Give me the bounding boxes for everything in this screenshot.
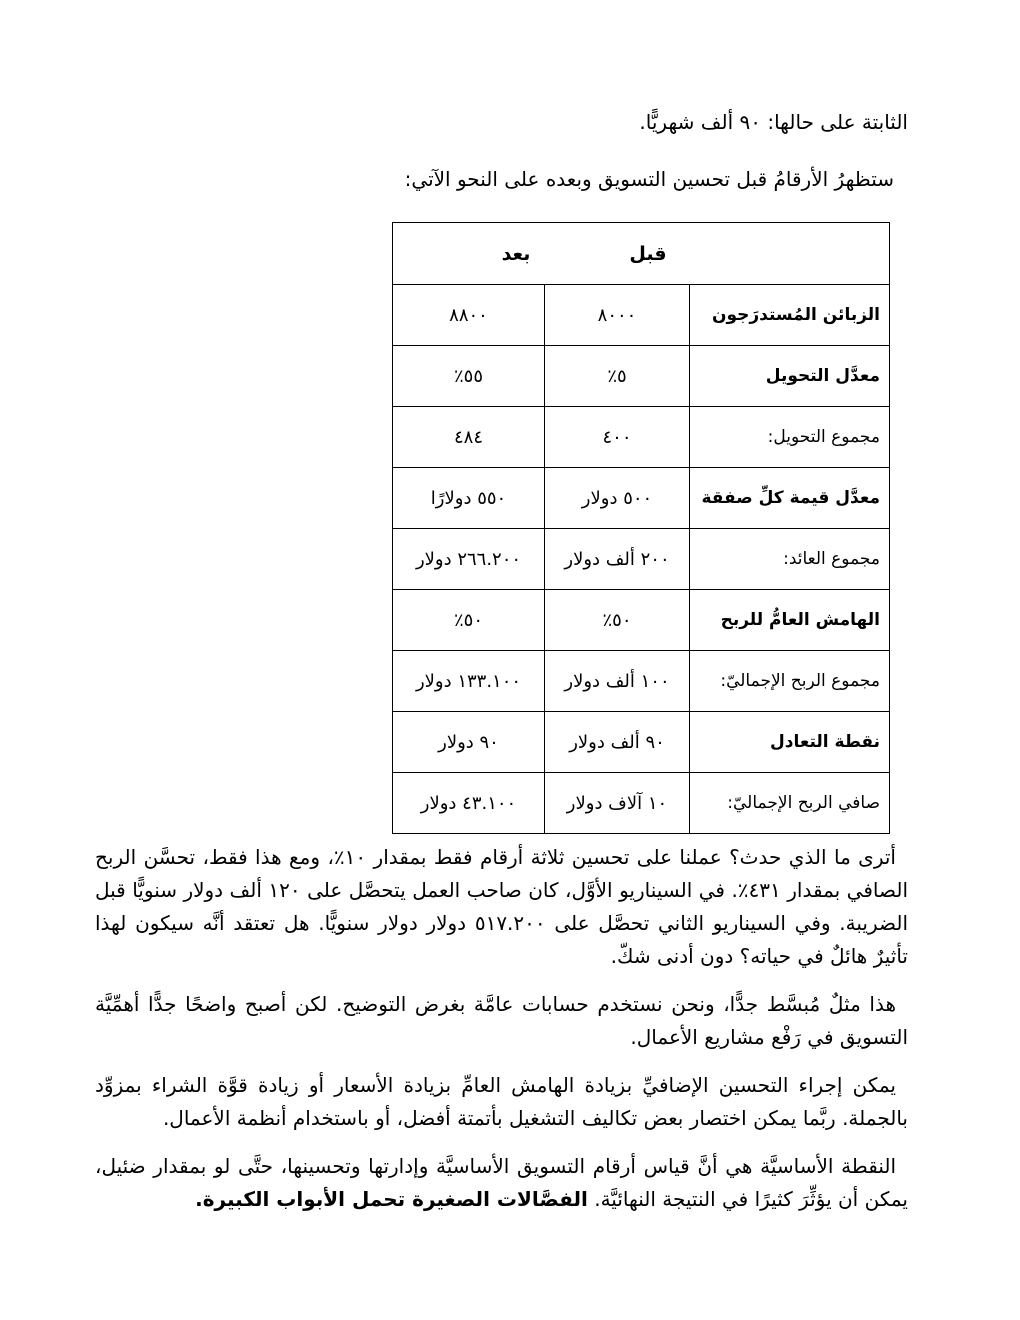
header-after-label: بعد [502, 243, 531, 265]
before-value: ٤٠٠ [545, 407, 690, 468]
before-value: ٥٠٠ دولار [545, 468, 690, 529]
after-value: ٢٦٦.٢٠٠ دولار [393, 529, 545, 590]
paragraph-1: أترى ما الذي حدث؟ عملنا على تحسين ثلاثة … [95, 841, 908, 973]
metric-label: الهامش العامُّ للربح [690, 590, 890, 651]
paragraph-4: النقطة الأساسيَّة هي أنَّ قياس أرقام الت… [95, 1150, 908, 1216]
before-after-table: قبل بعد الزبائن المُستدرَجون ٨٠٠٠ ٨٨٠٠ م… [392, 222, 890, 834]
metric-label: مجموع العائد: [690, 529, 890, 590]
table-row: معدَّل قيمة كلِّ صفقة ٥٠٠ دولار ٥٥٠ دولا… [393, 468, 890, 529]
table-row: نقطة التعادل ٩٠ ألف دولار ٩٠ دولار [393, 712, 890, 773]
metric-label: معدَّل قيمة كلِّ صفقة [690, 468, 890, 529]
intro-line-2: ستظهرُ الأرقامُ قبل تحسين التسويق وبعده … [95, 163, 908, 196]
page-content: الثابتة على حالها: ٩٠ ألف شهريًّا. ستظهر… [0, 0, 1020, 1216]
table-row: مجموع الربح الإجماليّ: ١٠٠ ألف دولار ١٣٣… [393, 651, 890, 712]
metric-label: الزبائن المُستدرَجون [690, 285, 890, 346]
table-row: مجموع التحويل: ٤٠٠ ٤٨٤ [393, 407, 890, 468]
after-value: ٥٥٪ [393, 346, 545, 407]
metric-label: مجموع الربح الإجماليّ: [690, 651, 890, 712]
after-value: ٥٥٠ دولارًا [393, 468, 545, 529]
before-value: ٩٠ ألف دولار [545, 712, 690, 773]
before-value: ٨٠٠٠ [545, 285, 690, 346]
after-value: ٤٣.١٠٠ دولار [393, 773, 545, 834]
after-value: ٤٨٤ [393, 407, 545, 468]
metric-label: صافي الربح الإجماليّ: [690, 773, 890, 834]
metric-label: مجموع التحويل: [690, 407, 890, 468]
table-row: معدَّل التحويل ٥٪ ٥٥٪ [393, 346, 890, 407]
table-row: صافي الربح الإجماليّ: ١٠ آلاف دولار ٤٣.١… [393, 773, 890, 834]
table-row: الهامش العامُّ للربح ٥٠٪ ٥٠٪ [393, 590, 890, 651]
table-header-row: قبل بعد [393, 223, 890, 285]
before-value: ٢٠٠ ألف دولار [545, 529, 690, 590]
table-row: الزبائن المُستدرَجون ٨٠٠٠ ٨٨٠٠ [393, 285, 890, 346]
paragraph-2: هذا مثلٌ مُبسَّط جدًّا، ونحن نستخدم حساب… [95, 988, 908, 1054]
paragraph-3: يمكن إجراء التحسين الإضافيِّ بزيادة الها… [95, 1069, 908, 1135]
intro-line-1: الثابتة على حالها: ٩٠ ألف شهريًّا. [95, 106, 908, 139]
after-value: ٥٠٪ [393, 590, 545, 651]
after-value: ٩٠ دولار [393, 712, 545, 773]
table-row: مجموع العائد: ٢٠٠ ألف دولار ٢٦٦.٢٠٠ دولا… [393, 529, 890, 590]
before-value: ٥٪ [545, 346, 690, 407]
before-value: ١٠ آلاف دولار [545, 773, 690, 834]
document-page: الثابتة على حالها: ٩٠ ألف شهريًّا. ستظهر… [0, 0, 1020, 1320]
after-value: ١٣٣.١٠٠ دولار [393, 651, 545, 712]
after-value: ٨٨٠٠ [393, 285, 545, 346]
metric-label: نقطة التعادل [690, 712, 890, 773]
metric-label: معدَّل التحويل [690, 346, 890, 407]
header-before-label: قبل [629, 243, 666, 265]
before-value: ١٠٠ ألف دولار [545, 651, 690, 712]
before-value: ٥٠٪ [545, 590, 690, 651]
paragraph-4-bold-phrase: الفصَّالات الصغيرة تحمل الأبواب الكبيرة. [195, 1187, 588, 1211]
table-header-cell: قبل بعد [393, 223, 890, 285]
